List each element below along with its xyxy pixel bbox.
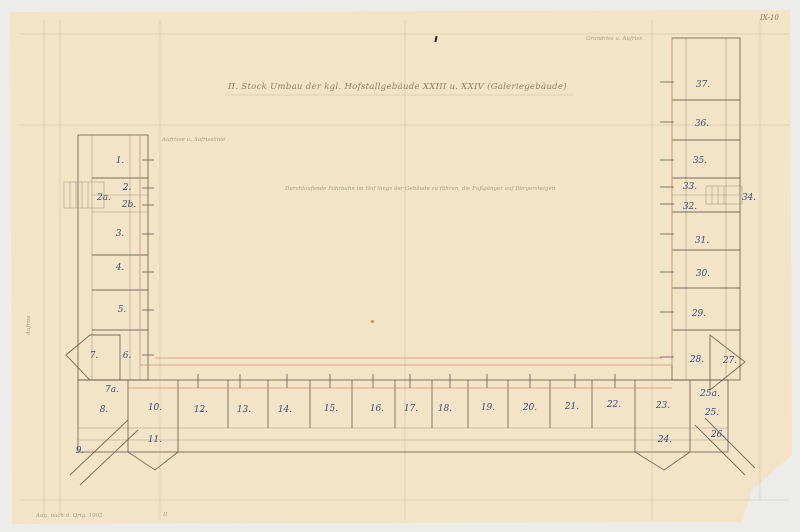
room-label: 12.	[194, 405, 208, 415]
left-margin-note: Aufriss	[26, 315, 32, 335]
room-label: 3.	[116, 229, 125, 239]
room-label: 16.	[370, 404, 384, 414]
room-label: 35.	[693, 156, 707, 166]
room-label: 8.	[100, 405, 109, 415]
room-label: 10.	[148, 403, 162, 413]
room-label: 29.	[692, 309, 706, 319]
room-label: 19.	[481, 403, 495, 413]
room-label: 27.	[723, 356, 737, 366]
room-label: 37.	[696, 80, 710, 90]
room-label: 21.	[565, 402, 579, 412]
room-label: 23.	[656, 401, 670, 411]
drawing-title: II. Stock Umbau der kgl. Hofstallgebäude…	[228, 82, 567, 92]
room-label: 25a.	[700, 389, 720, 399]
room-label: 28.	[690, 355, 704, 365]
room-label: 4.	[116, 263, 125, 273]
room-label: 6.	[123, 351, 132, 361]
room-label: 7a.	[105, 385, 119, 395]
room-label: 11.	[148, 435, 162, 445]
room-label: 31.	[695, 236, 709, 246]
room-label: 25.	[705, 408, 719, 418]
room-label: 2a.	[97, 193, 111, 203]
room-label: 26.	[711, 430, 725, 440]
room-label: 15.	[324, 404, 338, 414]
room-label: 34.	[742, 193, 756, 203]
left-wing-note: Aufrisse u. Aufrisslinie	[162, 137, 225, 143]
room-label: 1.	[116, 156, 125, 166]
bottom-left-signature: Aug. nach d. Orig. 1902	[36, 513, 103, 519]
room-label: 2.	[123, 183, 132, 193]
room-label: 24.	[658, 435, 672, 445]
center-marker-dot	[371, 320, 374, 323]
room-label: 5.	[118, 305, 127, 315]
top-right-note: Grundriss u. Aufriss	[586, 36, 642, 42]
room-label: 7.	[90, 351, 99, 361]
room-label: 9.	[76, 446, 85, 456]
sheet-number: IX-10	[760, 14, 779, 22]
architectural-floor-plan-sheet: II. Stock Umbau der kgl. Hofstallgebäude…	[0, 0, 800, 532]
room-label: 32.	[683, 202, 697, 212]
bottom-mark: II	[163, 512, 167, 518]
room-label: 18.	[438, 404, 452, 414]
room-label: 36.	[695, 119, 709, 129]
room-label: 33.	[683, 182, 697, 192]
room-label: 22.	[607, 400, 621, 410]
room-label: 17.	[404, 404, 418, 414]
room-label: 13.	[237, 405, 251, 415]
room-label: 20.	[523, 403, 537, 413]
courtyard-note: Durchlaufende Fahrbahn im Hof längs der …	[285, 186, 555, 192]
room-label: 14.	[278, 405, 292, 415]
room-label: 2b.	[122, 200, 136, 210]
room-label: 30.	[696, 269, 710, 279]
